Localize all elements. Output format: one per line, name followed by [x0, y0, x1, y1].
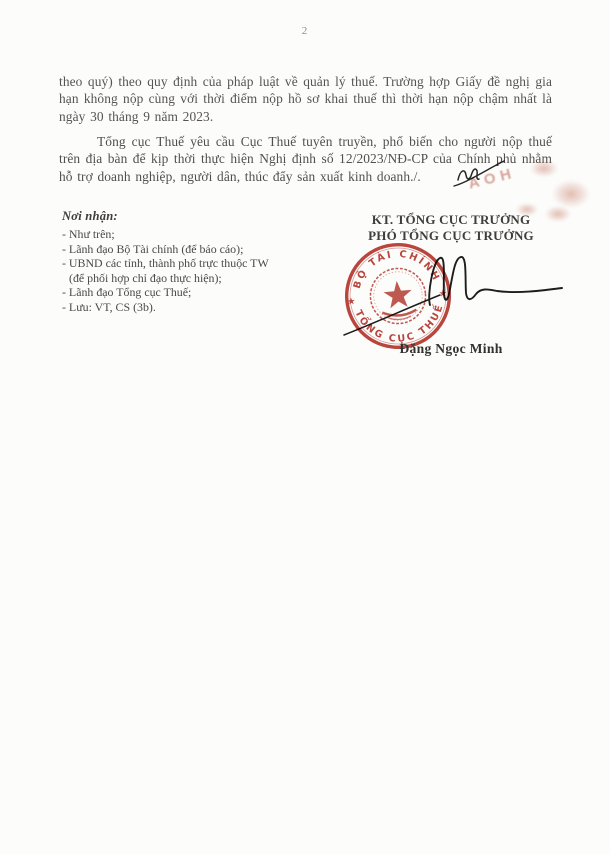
handwritten-paraph-icon: [452, 158, 508, 190]
body-paragraph-1: theo quý) theo quy định của pháp luật về…: [59, 73, 552, 125]
signature-stroke-icon: [330, 245, 570, 345]
recipient-item: - Lãnh đạo Tổng cục Thuế;: [62, 285, 269, 300]
stamp-speck: [552, 180, 590, 208]
recipients-title: Nơi nhận:: [62, 209, 269, 224]
recipient-item: - Như trên;: [62, 227, 269, 242]
signer-name: Đặng Ngọc Minh: [381, 341, 521, 357]
recipient-item: - UBND các tỉnh, thành phố trực thuộc TW: [62, 256, 269, 271]
recipient-item: - Lưu: VT, CS (3b).: [62, 300, 269, 315]
signature-title-line1: KT. TỔNG CỤC TRƯỞNG: [340, 212, 562, 228]
page-number: 2: [0, 25, 610, 37]
document-page: 2 theo quý) theo quy định của pháp luật …: [0, 0, 610, 854]
signature-titles: KT. TỔNG CỤC TRƯỞNG PHÓ TỔNG CỤC TRƯỞNG: [340, 212, 562, 244]
recipient-item: (để phối hợp chỉ đạo thực hiện);: [62, 271, 269, 286]
recipients-block: Nơi nhận: - Như trên; - Lãnh đạo Bộ Tài …: [62, 209, 269, 314]
recipient-item: - Lãnh đạo Bộ Tài chính (để báo cáo);: [62, 242, 269, 257]
stamp-speck: [530, 160, 558, 177]
